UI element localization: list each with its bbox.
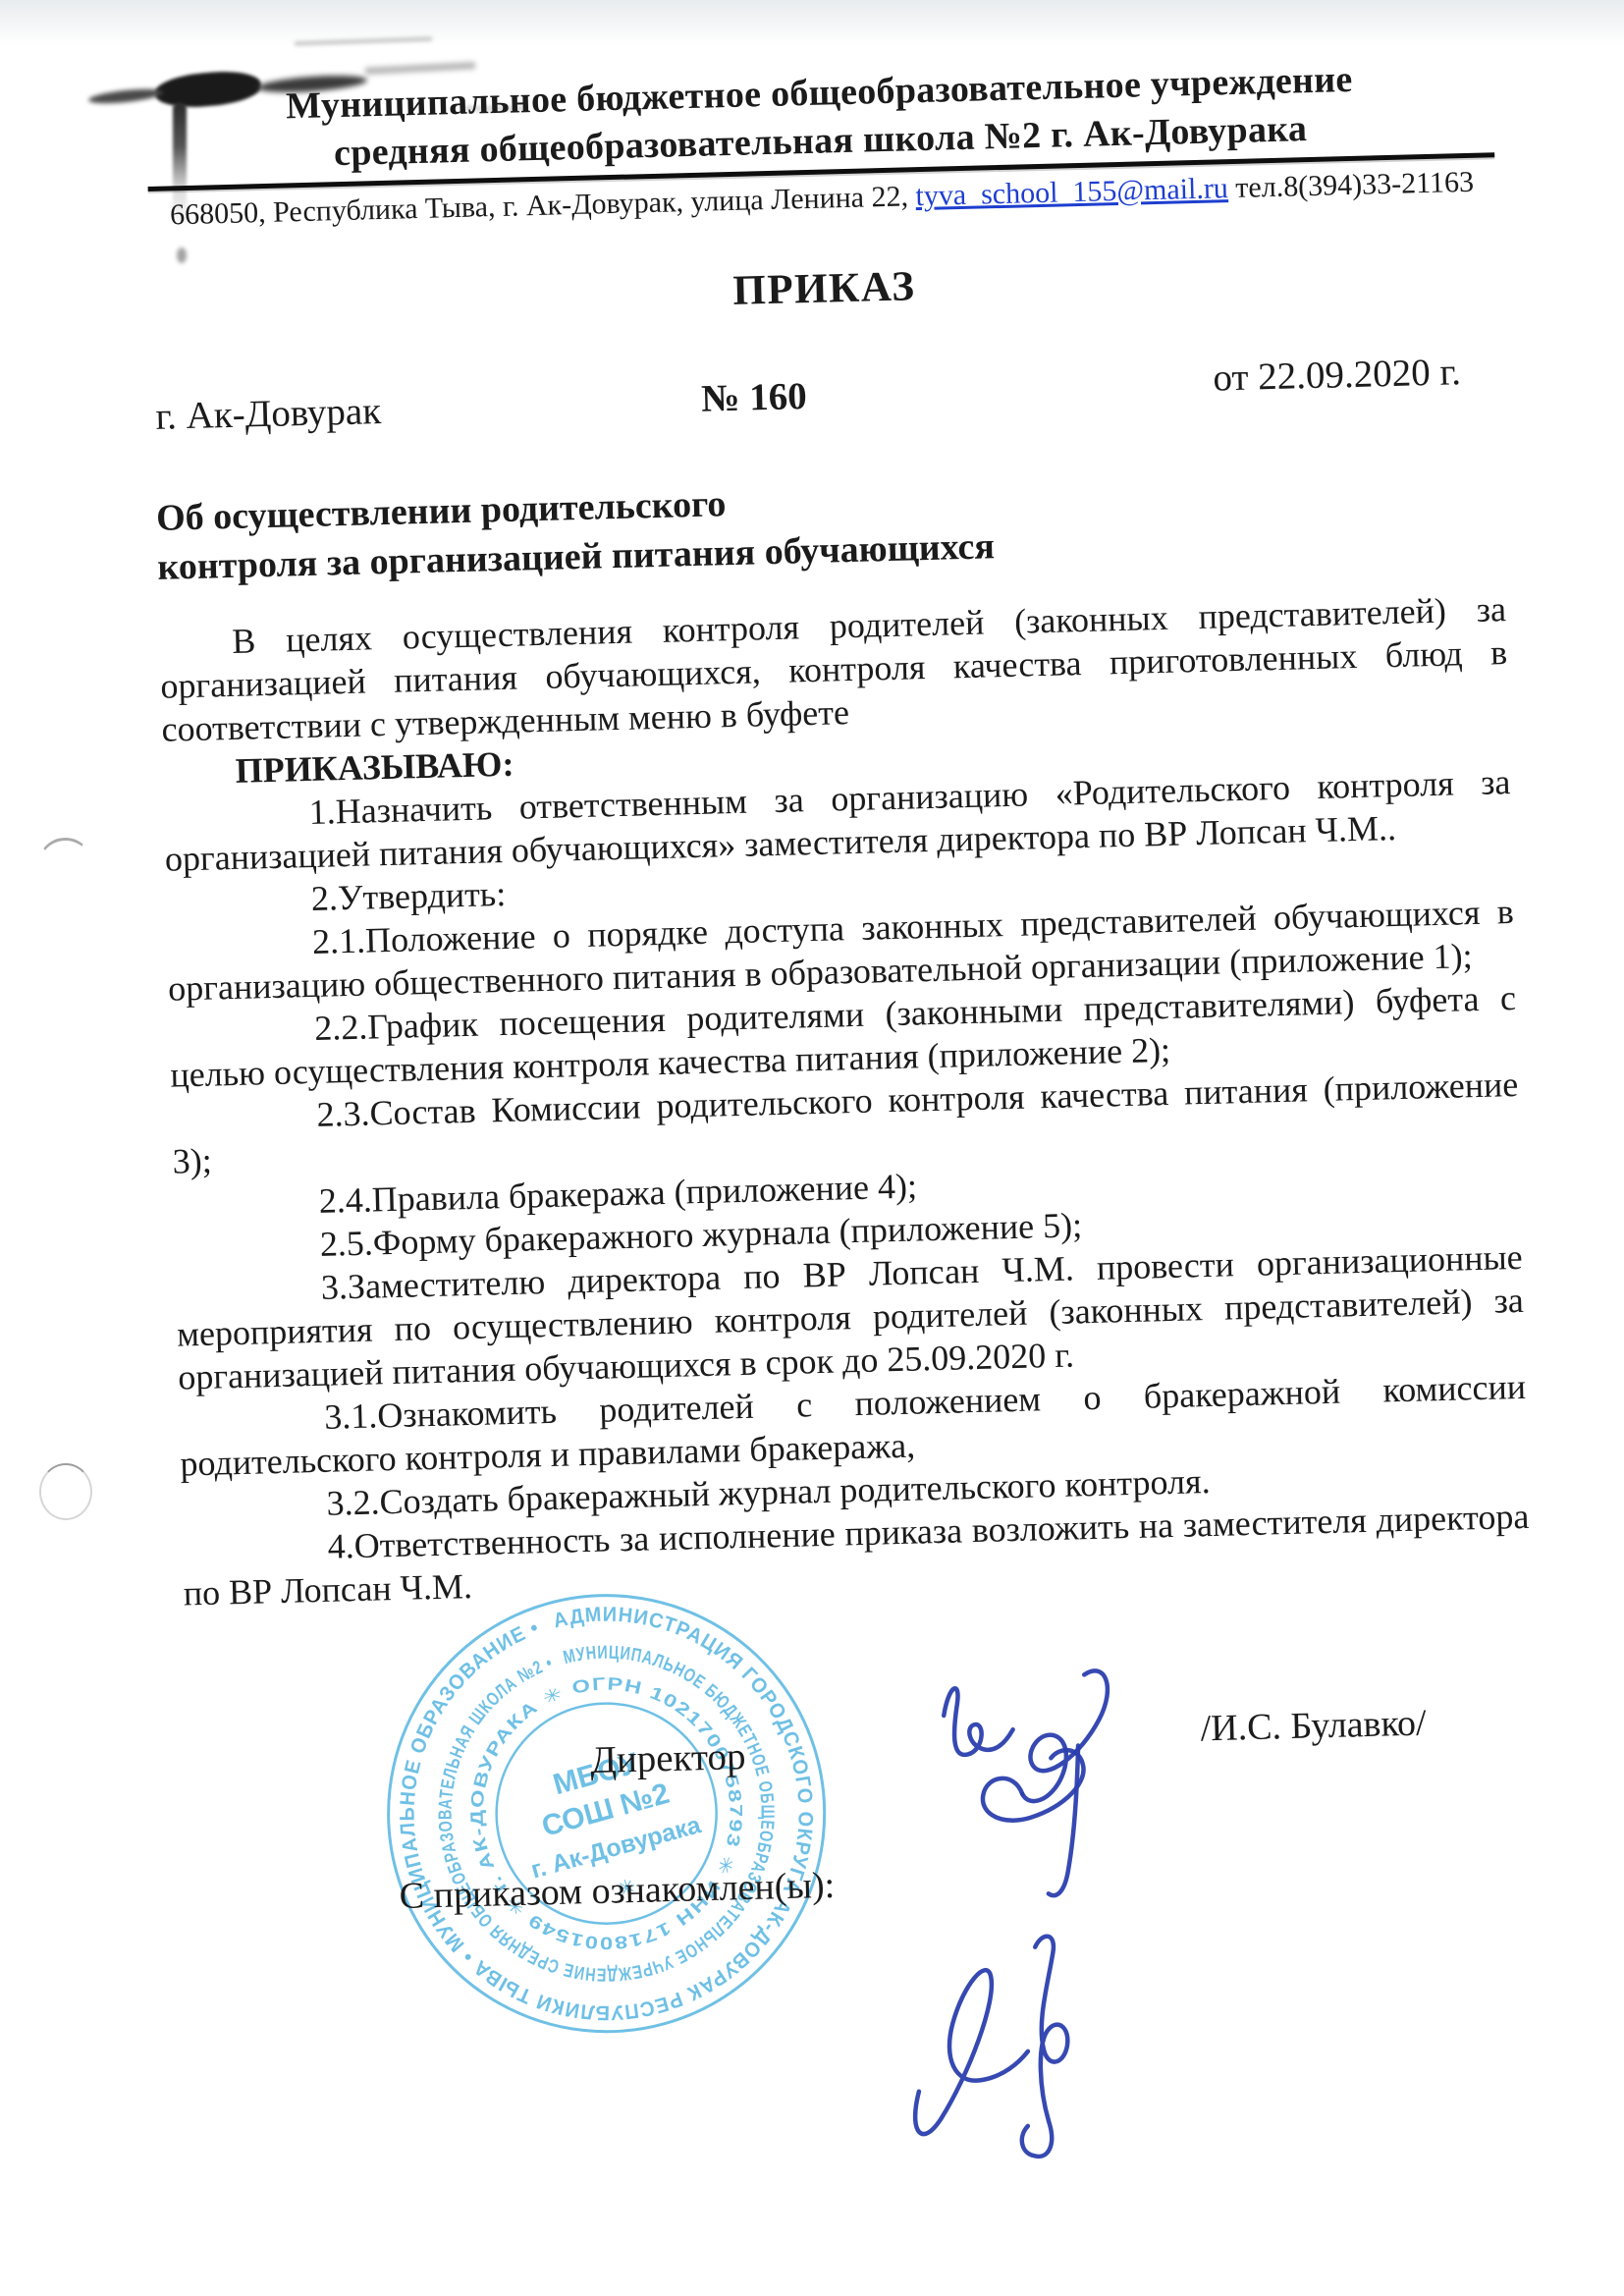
item-number: 2.3.: [244, 1092, 370, 1138]
director-label: Директор: [590, 1734, 746, 1782]
order-meta: г. Ак-Довурак № 160 от 22.09.2020 г.: [153, 355, 1501, 440]
item-number: 3.2.: [253, 1480, 380, 1526]
order-number: № 160: [701, 374, 808, 421]
ink-smudge: [365, 62, 475, 75]
item-number: 3.: [247, 1265, 348, 1311]
scanned-document-page: { "header": { "org_line1": "Муниципально…: [0, 0, 1624, 2296]
item-text: Утвердить:: [337, 874, 506, 917]
item-number: 2.4.: [245, 1178, 372, 1225]
scanner-edge-shadow: [0, 0, 1624, 45]
order-date: от 22.09.2020 г.: [1213, 350, 1461, 400]
round-stamp: АДМИНИСТРАЦИЯ ГОРОДСКОГО ОКРУГА АК-ДОВУР…: [375, 1582, 838, 2045]
item-number: 2.: [238, 876, 338, 922]
email-link[interactable]: tyva_school_155@mail.ru: [915, 172, 1228, 212]
phone-text: тел.8(394)33-21163: [1227, 166, 1474, 204]
document-body: Муниципальное бюджетное общеобразователь…: [145, 52, 1547, 2270]
item-number: 3.1.: [251, 1394, 378, 1440]
signature-block: АДМИНИСТРАЦИЯ ГОРОДСКОГО ОКРУГА АК-ДОВУР…: [185, 1609, 1547, 2271]
item-number: 2.2.: [242, 1006, 368, 1052]
order-text: В целях осуществления контроля родителей…: [159, 587, 1531, 1614]
item-number: 2.1.: [240, 919, 366, 965]
director-name: /И.С. Булавко/: [1200, 1702, 1427, 1751]
document-title: ПРИКАЗ: [150, 247, 1498, 330]
order-subject: Об осуществлении родительского контроля …: [156, 460, 1505, 592]
item-number: 2.5.: [246, 1222, 373, 1268]
page-curl-arc: [37, 835, 93, 886]
director-signature: [927, 1658, 1129, 1908]
item-number: 1.: [236, 790, 336, 836]
order-city: г. Ак-Довурак: [155, 389, 382, 439]
acknowledgement-signature: [898, 1894, 1098, 2194]
page-curl-ring: [39, 1463, 92, 1520]
item-number: 4.: [254, 1524, 354, 1570]
scratch-mark: [295, 37, 432, 46]
